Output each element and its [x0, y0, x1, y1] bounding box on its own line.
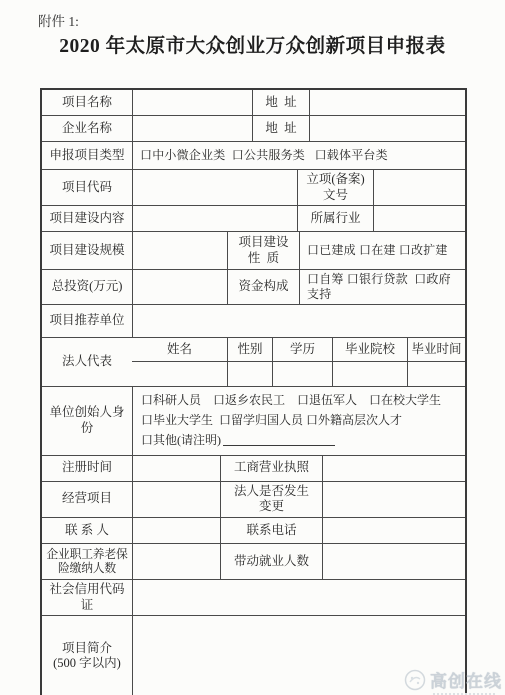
legal-rep-education-field — [272, 362, 332, 386]
approval-number-label: 立项(备案) 文号 — [297, 170, 373, 205]
project-address-field — [309, 90, 465, 115]
founder-identity-line2: 口毕业大学生 口留学归国人员 口外籍高层次人才 — [141, 411, 461, 431]
founder-identity-other-option: 口其他(请注明) — [141, 433, 221, 447]
social-credit-code-label: 社会信用代码证 — [42, 580, 132, 615]
table-row: 项目建设规模 项目建设 性 质 口已建成 口在建 口改扩建 — [42, 231, 465, 269]
recommending-unit-label: 项目推荐单位 — [42, 305, 132, 337]
industry-field — [373, 206, 465, 231]
construction-nature-label: 项目建设 性 质 — [227, 232, 299, 269]
watermark-text: 高创在线 — [430, 667, 502, 692]
legal-rep-col-school: 毕业院校 — [332, 338, 407, 361]
legal-rep-name-field — [132, 362, 227, 386]
pension-insured-count-field — [132, 544, 220, 579]
pension-insured-count-label: 企业职工养老保 险缴纳人数 — [42, 544, 132, 579]
contact-person-label: 联 系 人 — [42, 518, 132, 543]
business-scope-field — [132, 482, 220, 517]
construction-scale-field — [132, 232, 227, 269]
project-address-label: 地 址 — [252, 90, 309, 115]
table-row: 注册时间 工商营业执照 — [42, 455, 465, 481]
legal-rep-gradtime-field — [407, 362, 465, 386]
legal-rep-header-row: 姓名 性别 学历 毕业院校 毕业时间 — [132, 338, 465, 361]
project-summary-label: 项目简介 (500 字以内) — [42, 616, 132, 695]
social-credit-code-field — [132, 580, 465, 615]
legal-rep-school-field — [332, 362, 407, 386]
construction-nature-options: 口已建成 口在建 口改扩建 — [299, 232, 465, 269]
total-investment-label: 总投资(万元) — [42, 270, 132, 304]
legal-rep-label: 法人代表 — [42, 338, 132, 386]
project-type-label: 申报项目类型 — [42, 142, 132, 169]
fill-in-blank-line — [223, 444, 335, 446]
legal-rep-changed-field — [322, 482, 465, 517]
legal-rep-col-gender: 性别 — [227, 338, 272, 361]
attachment-label: 附件 1: — [38, 10, 79, 30]
table-row: 联 系 人 联系电话 — [42, 517, 465, 543]
page-title: 2020 年太原市大众创业万众创新项目申报表 — [0, 30, 505, 58]
legal-rep-changed-label: 法人是否发生 变更 — [220, 482, 322, 517]
approval-number-field — [373, 170, 465, 205]
legal-rep-row: 法人代表 姓名 性别 学历 毕业院校 毕业时间 — [42, 337, 465, 386]
legal-rep-subtable: 姓名 性别 学历 毕业院校 毕业时间 — [132, 338, 465, 386]
gaochuang-logo-icon — [404, 669, 426, 691]
table-row: 企业职工养老保 险缴纳人数 带动就业人数 — [42, 543, 465, 579]
employment-driven-count-field — [322, 544, 465, 579]
project-code-label: 项目代码 — [42, 170, 132, 205]
legal-rep-value-row — [132, 361, 465, 386]
business-scope-label: 经营项目 — [42, 482, 132, 517]
table-row: 项目代码 立项(备案) 文号 — [42, 169, 465, 205]
company-address-label: 地 址 — [252, 116, 309, 141]
funding-composition-options: 口自筹 口银行贷款 口政府支持 — [299, 270, 465, 304]
founder-identity-line3: 口其他(请注明) — [141, 431, 461, 451]
table-row: 总投资(万元) 资金构成 口自筹 口银行贷款 口政府支持 — [42, 269, 465, 304]
table-row: 项目名称 地 址 — [42, 90, 465, 115]
watermark: 高创在线 — [404, 667, 502, 692]
project-code-field — [132, 170, 297, 205]
construction-scale-label: 项目建设规模 — [42, 232, 132, 269]
funding-composition-label: 资金构成 — [227, 270, 299, 304]
project-summary-row: 项目简介 (500 字以内) — [42, 615, 465, 695]
application-form-table: 项目名称 地 址 企业名称 地 址 申报项目类型 口中小微企业类 口公共服务类 … — [40, 88, 467, 695]
construction-content-field — [132, 206, 297, 231]
founder-identity-label: 单位创始人身份 — [42, 387, 132, 454]
legal-rep-col-name: 姓名 — [132, 338, 227, 361]
contact-phone-label: 联系电话 — [220, 518, 322, 543]
recommending-unit-field — [132, 305, 465, 337]
project-type-options: 口中小微企业类 口公共服务类 口载体平台类 — [132, 142, 465, 169]
registration-time-label: 注册时间 — [42, 456, 132, 481]
employment-driven-count-label: 带动就业人数 — [220, 544, 322, 579]
table-row: 申报项目类型 口中小微企业类 口公共服务类 口载体平台类 — [42, 141, 465, 169]
table-row: 企业名称 地 址 — [42, 115, 465, 141]
company-name-label: 企业名称 — [42, 116, 132, 141]
legal-rep-col-gradtime: 毕业时间 — [407, 338, 465, 361]
table-row: 经营项目 法人是否发生 变更 — [42, 481, 465, 517]
construction-content-label: 项目建设内容 — [42, 206, 132, 231]
total-investment-field — [132, 270, 227, 304]
founder-identity-options: 口科研人员 口返乡农民工 口退伍军人 口在校大学生 口毕业大学生 口留学归国人员… — [132, 387, 465, 454]
table-row: 社会信用代码证 — [42, 579, 465, 615]
contact-phone-field — [322, 518, 465, 543]
business-license-label: 工商营业执照 — [220, 456, 322, 481]
contact-person-field — [132, 518, 220, 543]
company-address-field — [309, 116, 465, 141]
legal-rep-gender-field — [227, 362, 272, 386]
business-license-field — [322, 456, 465, 481]
table-row: 项目建设内容 所属行业 — [42, 205, 465, 231]
table-row: 项目推荐单位 — [42, 304, 465, 337]
legal-rep-col-education: 学历 — [272, 338, 332, 361]
industry-label: 所属行业 — [297, 206, 373, 231]
project-name-field — [132, 90, 252, 115]
founder-identity-row: 单位创始人身份 口科研人员 口返乡农民工 口退伍军人 口在校大学生 口毕业大学生… — [42, 386, 465, 454]
founder-identity-line1: 口科研人员 口返乡农民工 口退伍军人 口在校大学生 — [141, 391, 461, 411]
project-name-label: 项目名称 — [42, 90, 132, 115]
company-name-field — [132, 116, 252, 141]
registration-time-field — [132, 456, 220, 481]
